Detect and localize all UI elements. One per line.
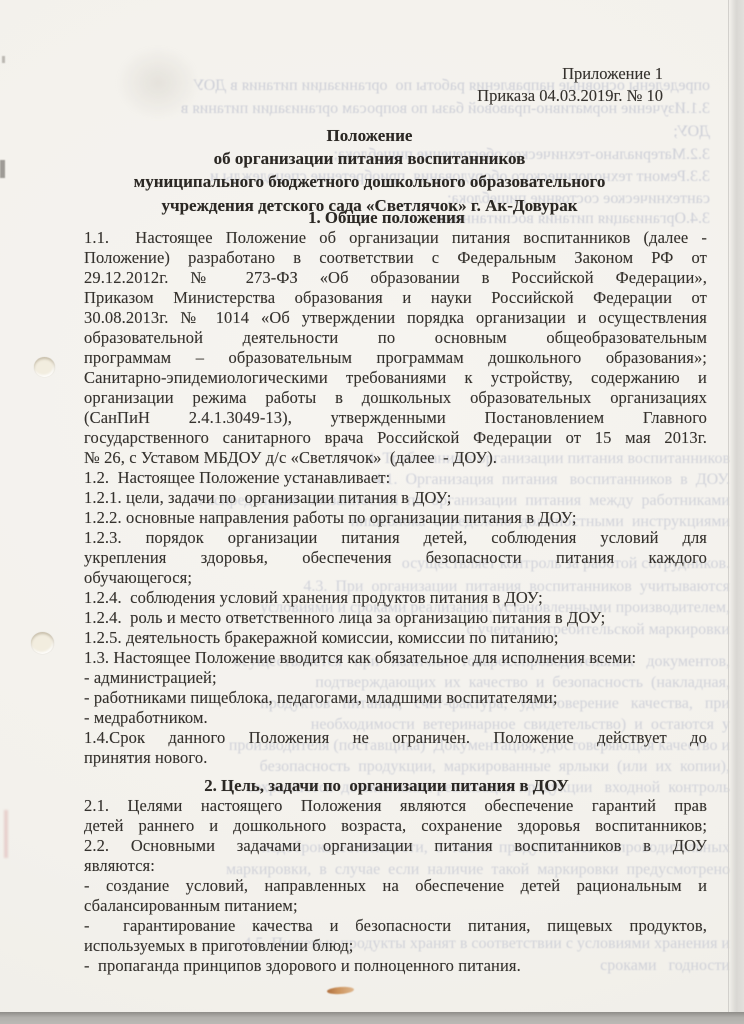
text-line: 2.2. Основными задачами организации пита…	[84, 836, 707, 856]
text-line: 29.12.2012г. № 273-ФЗ «Об образовании в …	[84, 268, 707, 288]
text-line: сбалансированным питанием;	[84, 896, 707, 916]
text-line: 1.3. Настоящее Положение вводится как об…	[84, 648, 707, 668]
text-line: образовательной деятельности по основным…	[84, 328, 707, 348]
text-line: обучающегося;	[84, 568, 707, 588]
scanner-edge-right	[728, 0, 744, 1013]
text-line: 1.2.4. роль и место ответственного лица …	[84, 608, 707, 628]
document-title: Положениеоб организации питания воспитан…	[84, 124, 707, 217]
text-line: программам – образовательным программам …	[84, 348, 707, 368]
header-order-line: Приказа 04.03.2019г. № 10	[477, 85, 663, 107]
text-line: 1.2.3. порядок организации питания детей…	[84, 528, 707, 548]
text-line: укрепления здоровья, обеспечения безопас…	[84, 548, 707, 568]
text-line: 1.2. Настоящее Положение устанавливает:	[84, 468, 707, 488]
title-line: об организации питания воспитанников	[84, 147, 655, 170]
text-line: являются:	[84, 856, 707, 876]
text-line: 1.1. Настоящее Положение об организации …	[84, 228, 707, 248]
document-header: Приложение 1 Приказа 04.03.2019г. № 10	[477, 63, 663, 107]
text-line: - создание условий, направленных на обес…	[84, 876, 707, 896]
title-line: Положение	[84, 124, 655, 147]
text-line: 30.08.2013г. № 1014 «Об утверждении поря…	[84, 308, 707, 328]
text-line: государственного санитарного врача Росси…	[84, 428, 707, 448]
text-line: принятия нового.	[84, 748, 707, 768]
text-line: (СанПиН 2.4.1.3049-13), утвержденными По…	[84, 408, 707, 428]
scanned-document-page: определены основные направления работы п…	[0, 0, 744, 1024]
text-line: № 26, с Уставом МБДОУ д/с «Светлячок» (д…	[84, 448, 707, 468]
text-line: используемых в приготовлении блюд;	[84, 936, 707, 956]
text-line: детей раннего и дошкольного возраста, со…	[84, 816, 707, 836]
scanner-edge-bottom	[0, 1012, 744, 1024]
text-line: - администрацией;	[84, 668, 707, 688]
text-line: 1.2.2. основные направления работы по ор…	[84, 508, 707, 528]
text-line: 1.2.5. деятельность бракеражной комиссии…	[84, 628, 707, 648]
section-heading: 2. Цель, задачи по организации питания в…	[84, 776, 707, 796]
text-line: Положение) разработано в соответствии с …	[84, 248, 707, 268]
header-appendix-line: Приложение 1	[477, 63, 663, 85]
text-line: организации режима работы в дошкольных о…	[84, 388, 707, 408]
text-line: Приказом Министерства образования и наук…	[84, 288, 707, 308]
text-line: 2.1. Целями настоящего Положения являютс…	[84, 796, 707, 816]
text-line: - медработником.	[84, 708, 707, 728]
text-line: 1.2.4. соблюдения условий хранения проду…	[84, 588, 707, 608]
text-line: 1.2.1. цели, задачи по организации питан…	[84, 488, 707, 508]
text-line: - работниками пищеблока, педагогами, мла…	[84, 688, 707, 708]
title-line: муниципального бюджетного дошкольного об…	[84, 170, 655, 193]
text-line: 1.4.Срок данного Положения не ограничен.…	[84, 728, 707, 748]
text-line: - пропаганда принципов здорового и полно…	[84, 956, 707, 976]
document-content: Приложение 1 Приказа 04.03.2019г. № 10 П…	[0, 0, 744, 1024]
text-line: - гарантирование качества и безопасности…	[84, 916, 707, 936]
section-heading: 1. Общие положения	[84, 208, 707, 228]
text-line: Санитарно-эпидемиологическими требования…	[84, 368, 707, 388]
document-sections: 1. Общие положения1.1. Настоящее Положен…	[84, 208, 707, 976]
